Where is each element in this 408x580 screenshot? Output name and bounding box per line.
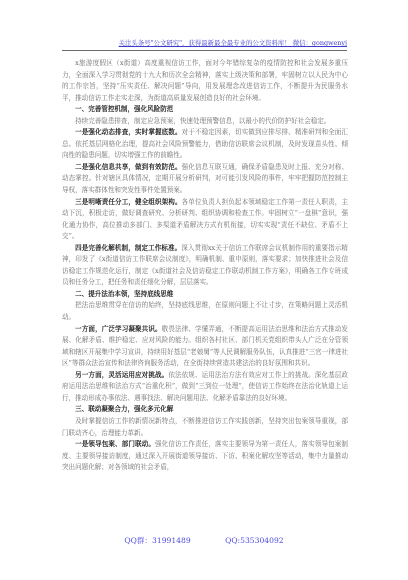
section-3-item-1: 一是领导包案、部门联动。强化信访工作责任，落实主要领导为第一责任人，落实领导包案… (62, 439, 348, 474)
document-body: x旅游度假区（x街道）高度重视信访工作，面对今年错综复杂的疫情防控和社会发展多重… (62, 58, 348, 474)
section-1-item-2: 二是强化信息共享，做到有效防范。强化信息互联互通，确保矛盾隐患及时上报、充分对称… (62, 162, 348, 197)
item-lead: 一方面，广泛学习凝聚共识。 (75, 325, 162, 333)
footer-contact: QQ群：31991489 QQ:535304092 (0, 535, 408, 546)
item-lead: 一是领导包案、部门联动。 (75, 440, 155, 448)
header-banner: 关注头条号"公文研究"，获得最新最全最专业的公文资料库！ 微信：gongweny… (62, 30, 347, 51)
intro-paragraph: x旅游度假区（x街道）高度重视信访工作，面对今年错综复杂的疫情防控和社会发展多重… (62, 58, 348, 104)
section-1-item-1: 一是强化动态排查，实时掌握底数。对于不稳定因素，切实做到应排尽排、精准研判和全面… (62, 127, 348, 162)
section-intro-2: 把法治思维贯穿在信访的始终，坚持底线思维，在原则问题上不让寸步，在策略问题上灵活… (62, 300, 348, 323)
qq-text: QQ:535304092 (225, 536, 284, 545)
item-lead: 二是强化信息共享，做到有效防范。 (75, 163, 182, 171)
header-banner-link[interactable]: 关注头条号"公文研究"，获得最新最全最专业的公文资料库！ 微信：gongweny… (119, 39, 347, 47)
section-heading-1: 一、完善管控机制，强化风险防范 (62, 104, 348, 116)
item-lead: 四是完善化解机制，制定工作标准。 (75, 244, 181, 252)
section-intro-1: 持续完善隐患排查，制定应急预案，快速处理预警信息，以最小的代价防护好社会稳定。 (62, 116, 348, 128)
item-lead: 另一方面，灵活运用应对挑战。 (75, 371, 168, 379)
qq-group-text: QQ群：31991489 (124, 536, 190, 545)
section-intro-3: 及时掌握信访工作的新情况新特点，不断推进信访工作实践创新，坚持突出包案领导重视，… (62, 416, 348, 439)
section-1-item-3: 三是明晰责任分工，健全组织架构。各单位负责人担负起本领域稳定工作第一责任人职责，… (62, 197, 348, 243)
item-lead: 一是强化动态排查，实时掌握底数。 (75, 128, 182, 136)
section-heading-2: 二、提升法治本领，坚持底线思维 (62, 289, 348, 301)
section-heading-3: 三、联动凝聚合力，强化多元化解 (62, 404, 348, 416)
section-2-item-1: 一方面，广泛学习凝聚共识。敬畏法律、学懂弄通，不断提高运用法治思维和法治方式推动… (62, 324, 348, 370)
item-lead: 三是明晰责任分工，健全组织架构。 (75, 198, 182, 206)
section-1-item-4: 四是完善化解机制，制定工作标准。深入贯彻xx关于信访工作联席会议机制作用的重要指… (62, 243, 348, 289)
section-2-item-2: 另一方面，灵活运用应对挑战。依法依规、运用法治方法有效应对工作上的挑战。深化基层… (62, 370, 348, 405)
